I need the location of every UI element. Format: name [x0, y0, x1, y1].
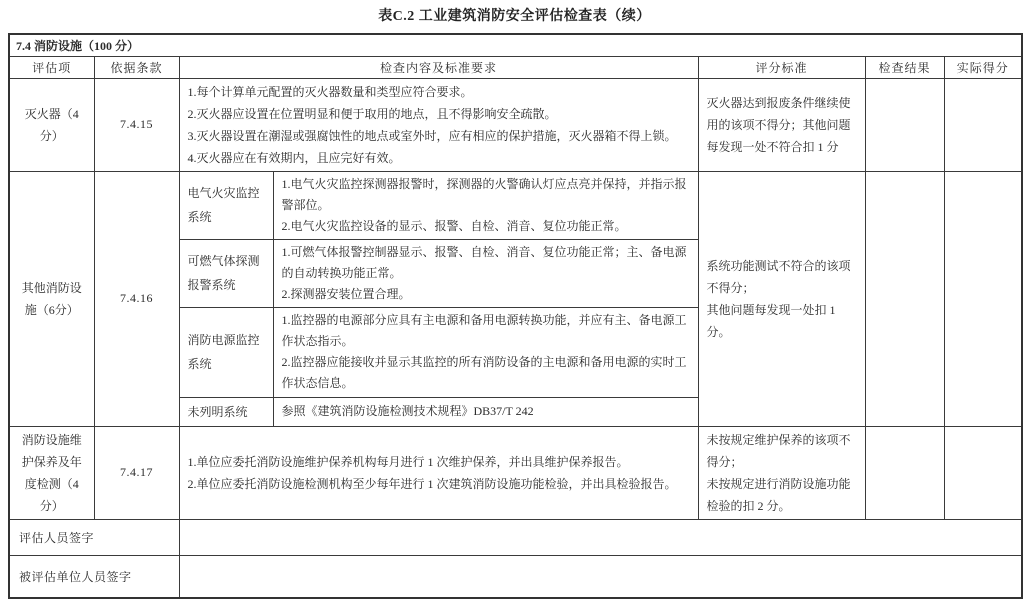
- assessed-unit-signature-field: [179, 555, 1022, 598]
- table-row-assessor-signature: 评估人员签字: [9, 519, 1022, 555]
- clause-cell: 7.4.17: [94, 426, 179, 519]
- content-cell: 1.监控器的电源部分应具有主电源和备用电源转换功能，并应有主、备电源工作状态指示…: [273, 307, 698, 397]
- item-cell: 其他消防设施（6分）: [9, 171, 94, 426]
- item-cell: 消防设施维护保养及年度检测（4分）: [9, 426, 94, 519]
- standard-cell: 灭火器达到报废条件继续使用的该项不得分；其他问题每发现一处不符合扣 1 分: [698, 78, 865, 171]
- document-title: 表C.2 工业建筑消防安全评估检查表（续）: [0, 5, 1029, 25]
- score-cell: [944, 171, 1022, 426]
- content-cell: 参照《建筑消防设施检测技术规程》DB37/T 242: [273, 397, 698, 426]
- column-header-result: 检查结果: [865, 56, 944, 78]
- content-line: 2.电气火灾监控设备的显示、报警、自检、消音、复位功能正常。: [282, 216, 692, 237]
- section-header: 7.4 消防设施（100 分）: [9, 34, 1022, 56]
- clause-cell: 7.4.16: [94, 171, 179, 426]
- assessed-unit-signature-label: 被评估单位人员签字: [9, 555, 179, 598]
- content-line: 2.探测器安装位置合理。: [282, 284, 692, 305]
- standard-cell: 系统功能测试不符合的该项不得分； 其他问题每发现一处扣 1 分。: [698, 171, 865, 426]
- content-cell: 1.单位应委托消防设施维护保养机构每月进行 1 次维护保养，并出具维护保养报告。…: [179, 426, 698, 519]
- content-line: 1.每个计算单元配置的灭火器数量和类型应符合要求。: [188, 81, 692, 103]
- content-line: 2.灭火器应设置在位置明显和便于取用的地点，且不得影响安全疏散。: [188, 103, 692, 125]
- content-line: 1.电气火灾监控探测器报警时，探测器的火警确认灯应点亮并保持，并指示报警部位。: [282, 174, 692, 216]
- subsystem-name-cell: 消防电源监控系统: [179, 307, 273, 397]
- subsystem-name-cell: 未列明系统: [179, 397, 273, 426]
- column-header-content: 检查内容及标准要求: [179, 56, 698, 78]
- standard-line: 未按规定维护保养的该项不得分；: [707, 429, 859, 473]
- standard-text: 灭火器达到报废条件继续使用的该项不得分；其他问题每发现一处不符合扣 1 分: [707, 92, 859, 158]
- result-cell: [865, 78, 944, 171]
- score-cell: [944, 426, 1022, 519]
- result-cell: [865, 171, 944, 426]
- column-header-score: 实际得分: [944, 56, 1022, 78]
- standard-cell: 未按规定维护保养的该项不得分； 未按规定进行消防设施功能检验的扣 2 分。: [698, 426, 865, 519]
- content-line: 1.监控器的电源部分应具有主电源和备用电源转换功能，并应有主、备电源工作状态指示…: [282, 310, 692, 352]
- content-line: 1.单位应委托消防设施维护保养机构每月进行 1 次维护保养，并出具维护保养报告。: [188, 451, 692, 473]
- subsystem-name-cell: 可燃气体探测报警系统: [179, 239, 273, 307]
- table-row-electrical-fire-monitoring: 其他消防设施（6分） 7.4.16 电气火灾监控系统 1.电气火灾监控探测器报警…: [9, 171, 1022, 239]
- table-row-maintenance: 消防设施维护保养及年度检测（4分） 7.4.17 1.单位应委托消防设施维护保养…: [9, 426, 1022, 519]
- score-cell: [944, 78, 1022, 171]
- content-cell: 1.每个计算单元配置的灭火器数量和类型应符合要求。 2.灭火器应设置在位置明显和…: [179, 78, 698, 171]
- document-page: 表C.2 工业建筑消防安全评估检查表（续） 7.4 消防设施（100 分） 评估…: [0, 0, 1029, 581]
- column-header-item: 评估项: [9, 56, 94, 78]
- content-line: 4.灭火器应在有效期内，且应完好有效。: [188, 147, 692, 169]
- table-row-extinguisher: 灭火器（4分） 7.4.15 1.每个计算单元配置的灭火器数量和类型应符合要求。…: [9, 78, 1022, 171]
- content-line: 1.可燃气体报警控制器显示、报警、自检、消音、复位功能正常；主、备电源的自动转换…: [282, 242, 692, 284]
- standard-line: 其他问题每发现一处扣 1 分。: [707, 299, 859, 343]
- content-line: 2.单位应委托消防设施检测机构至少每年进行 1 次建筑消防设施功能检验，并出具检…: [188, 473, 692, 495]
- standard-line: 系统功能测试不符合的该项不得分；: [707, 255, 859, 299]
- content-line: 3.灭火器设置在潮湿或强腐蚀性的地点或室外时，应有相应的保护措施，灭火器箱不得上…: [188, 125, 692, 147]
- table-header-row: 评估项 依据条款 检查内容及标准要求 评分标准 检查结果 实际得分: [9, 56, 1022, 78]
- table-row-assessed-unit-signature: 被评估单位人员签字: [9, 555, 1022, 598]
- assessor-signature-label: 评估人员签字: [9, 519, 179, 555]
- result-cell: [865, 426, 944, 519]
- column-header-clause: 依据条款: [94, 56, 179, 78]
- table-row: 7.4 消防设施（100 分）: [9, 34, 1022, 56]
- standard-line: 未按规定进行消防设施功能检验的扣 2 分。: [707, 473, 859, 517]
- content-line: 2.监控器应能接收并显示其监控的所有消防设备的主电源和备用电源的实时工作状态信息…: [282, 352, 692, 394]
- item-cell: 灭火器（4分）: [9, 78, 94, 171]
- content-cell: 1.可燃气体报警控制器显示、报警、自检、消音、复位功能正常；主、备电源的自动转换…: [273, 239, 698, 307]
- assessor-signature-field: [179, 519, 1022, 555]
- content-line: 参照《建筑消防设施检测技术规程》DB37/T 242: [282, 401, 692, 422]
- column-header-standard: 评分标准: [698, 56, 865, 78]
- content-cell: 1.电气火灾监控探测器报警时，探测器的火警确认灯应点亮并保持，并指示报警部位。 …: [273, 171, 698, 239]
- subsystem-name-cell: 电气火灾监控系统: [179, 171, 273, 239]
- assessment-checklist-table: 7.4 消防设施（100 分） 评估项 依据条款 检查内容及标准要求 评分标准 …: [8, 33, 1023, 599]
- clause-cell: 7.4.15: [94, 78, 179, 171]
